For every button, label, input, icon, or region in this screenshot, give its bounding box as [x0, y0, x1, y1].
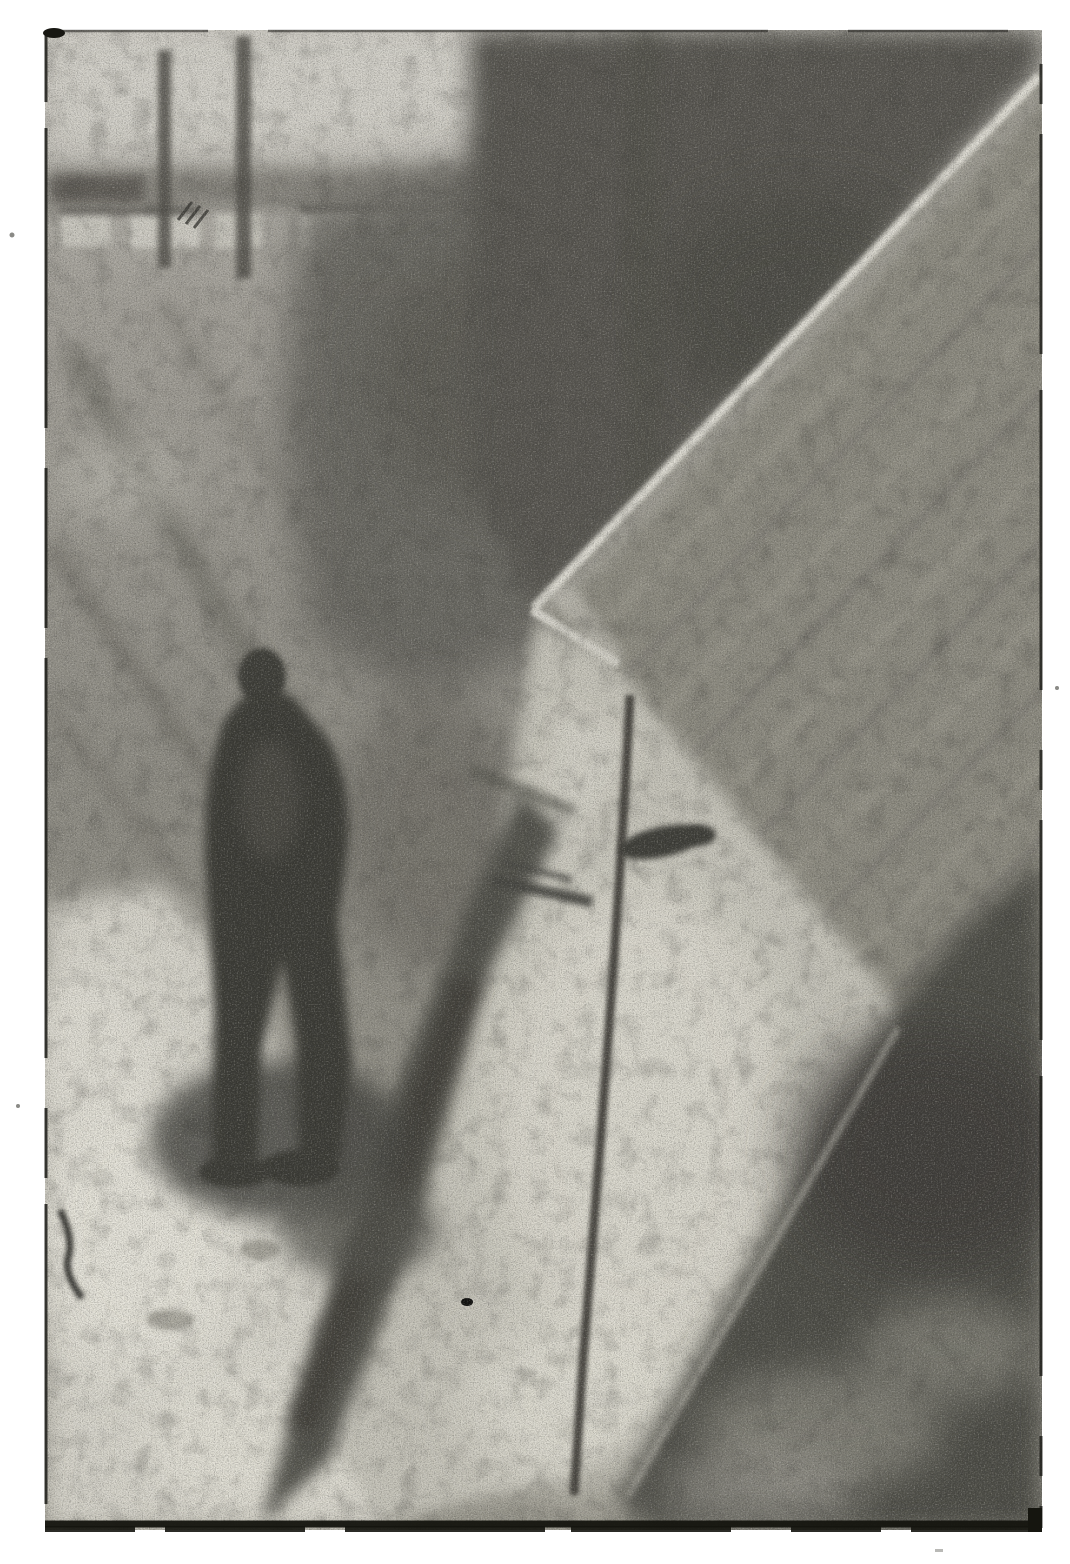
- page-speck: [935, 1549, 943, 1552]
- border-ink-blob: [43, 28, 65, 38]
- page-speck: [10, 233, 15, 238]
- page-speck: [1055, 686, 1059, 690]
- page: black-and-white halftone press photograp…: [0, 0, 1070, 1564]
- halftone-photo: black-and-white halftone press photograp…: [0, 0, 1070, 1564]
- page-speck: [16, 1104, 20, 1108]
- halftone-grain-light: [45, 30, 1042, 1530]
- border-corner-blob: [1028, 1508, 1042, 1532]
- photo-frame: black-and-white halftone press photograp…: [0, 0, 1070, 1564]
